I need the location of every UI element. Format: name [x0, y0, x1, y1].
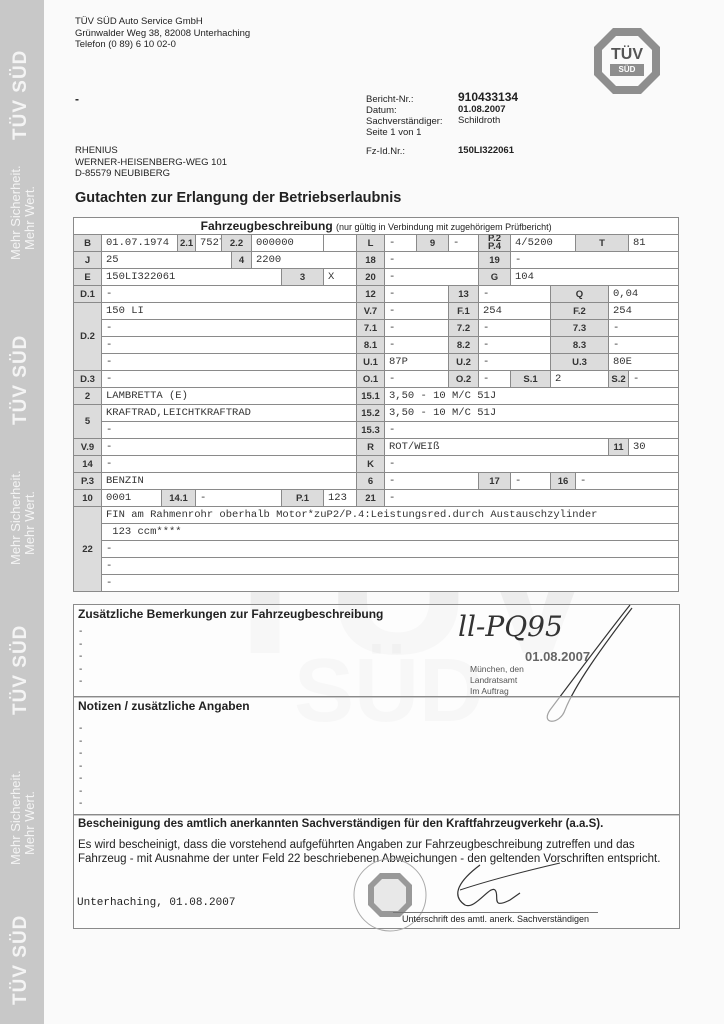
table-header-row: Fahrzeugbeschreibung (nur gültig in Verb… [74, 218, 679, 235]
field-value-14-1: - [196, 490, 282, 507]
field-label: V.7 [357, 303, 385, 320]
table-title: Fahrzeugbeschreibung [201, 219, 333, 233]
field-value-d2-4: - [102, 354, 357, 371]
field-label: 15.1 [357, 388, 385, 405]
field-label: F.2 [551, 303, 609, 320]
table-row: 5 KRAFTRAD,LEICHTKRAFTRAD 15.2 3,50 - 10… [74, 405, 679, 422]
field-value-12: - [385, 286, 449, 303]
field-label: 3 [282, 269, 324, 286]
field-label: 18 [357, 252, 385, 269]
field-value-5-2: - [102, 422, 357, 439]
table-row: J 25 4 2200 18 - 19 - [74, 252, 679, 269]
field-value-d1: - [102, 286, 357, 303]
signature-label: Unterschrift des amtl. anerk. Sachverstä… [393, 912, 598, 924]
field-label: P.3 [74, 473, 102, 490]
field-value-d2-1: 150 LI [102, 303, 357, 320]
recipient-address: RHENIUS WERNER-HEISENBERG-WEG 101 D-8557… [75, 145, 227, 180]
field-label: U.2 [449, 354, 479, 371]
sidebar-slogan: Mehr Sicherheit. [8, 470, 23, 565]
field-label: G [479, 269, 511, 286]
vehicle-description-table: Fahrzeugbeschreibung (nur gültig in Verb… [73, 217, 679, 592]
sidebar-slogan: Mehr Wert. [22, 491, 37, 555]
field-value-11: 30 [629, 439, 679, 456]
field-label: 8.3 [551, 337, 609, 354]
field-value-p2-p4: 4/5200 [511, 235, 576, 252]
field-label: 7.2 [449, 320, 479, 337]
table-note: (nur gültig in Verbindung mit zugehörige… [336, 222, 552, 232]
table-row: D.1 - 12 - 13 - Q 0,04 [74, 286, 679, 303]
field-value-22-line: - [102, 575, 679, 592]
field-label: 17 [479, 473, 511, 490]
field-label: U.3 [551, 354, 609, 371]
table-row: D.3 - O.1 - O.2 - S.1 2 S.2 - [74, 371, 679, 388]
field-label: D.2 [74, 303, 102, 371]
expert-name: Schildroth [458, 115, 518, 126]
field-value-r: ROT/WEIß [385, 439, 609, 456]
table-row: E 150LI322061 3 X 20 - G 104 [74, 269, 679, 286]
field-label: 7.1 [357, 320, 385, 337]
field-value-o2: - [479, 371, 511, 388]
issuer-street: Grünwalder Weg 38, 82008 Unterhaching [75, 28, 250, 40]
issuer-company: TÜV SÜD Auto Service GmbH [75, 16, 250, 28]
field-label: R [357, 439, 385, 456]
field-value-20: - [385, 269, 479, 286]
field-value-j: 25 [102, 252, 232, 269]
field-value-2-2: 000000 [252, 235, 324, 252]
field-value-g: 104 [511, 269, 679, 286]
field-label: J [74, 252, 102, 269]
field-value-v7: - [385, 303, 449, 320]
field-value-f2: 254 [609, 303, 679, 320]
field-value-3: X [324, 269, 357, 286]
field-value-d2-2: - [102, 320, 357, 337]
field-value-2: LAMBRETTA (E) [102, 388, 357, 405]
field-label: 20 [357, 269, 385, 286]
logo-text-sud: SÜD [592, 65, 662, 74]
note-line: - [74, 786, 679, 799]
field-value-t: 81 [629, 235, 679, 252]
field-label: 8.1 [357, 337, 385, 354]
table-row: - [74, 558, 679, 575]
notes-title: Notizen / zusätzliche Angaben [74, 697, 679, 715]
field-label: 2.2 [222, 235, 252, 252]
field-value-f1: 254 [479, 303, 551, 320]
field-label: 21 [357, 490, 385, 507]
field-value-8-3: - [609, 337, 679, 354]
field-value-8-1: - [385, 337, 449, 354]
note-line: - [74, 748, 679, 761]
field-value-9: - [449, 235, 479, 252]
sidebar-slogan: Mehr Sicherheit. [8, 770, 23, 865]
table-row: B 01.07.1974 2.1 7527 2.2 000000 L - 9 -… [74, 235, 679, 252]
stamp-line: Landratsamt [470, 675, 524, 686]
page-indicator: Seite 1 von 1 [366, 127, 443, 138]
field-value-7-1: - [385, 320, 449, 337]
field-value-22-line: - [102, 541, 679, 558]
header-dash: - [75, 92, 79, 106]
field-label: L [357, 235, 385, 252]
field-value-u3: 80E [609, 354, 679, 371]
note-line: - [74, 736, 679, 749]
field-value-21: - [385, 490, 679, 507]
note-line: - [74, 723, 679, 736]
table-row: 2 LAMBRETTA (E) 15.1 3,50 - 10 M/C 51J [74, 388, 679, 405]
report-meta: Bericht-Nr.: Datum: Sachverständiger: Se… [366, 94, 443, 157]
field-value-s1: 2 [551, 371, 609, 388]
sidebar-slogan: Mehr Wert. [22, 791, 37, 855]
field-label: 7.3 [551, 320, 609, 337]
field-value-22-line: 123 ccm**** [102, 524, 679, 541]
field-value-5-1: KRAFTRAD,LEICHTKRAFTRAD [102, 405, 357, 422]
field-value-s2: - [629, 371, 679, 388]
field-label: 22 [74, 507, 102, 592]
field-value-6: - [385, 473, 479, 490]
brand-sidebar: TÜV SÜD Mehr Sicherheit. Mehr Wert. TÜV … [0, 0, 44, 1024]
issuer-phone: Telefon (0 89) 6 10 02-0 [75, 39, 250, 51]
field-label: S.1 [511, 371, 551, 388]
field-value-7-2: - [479, 320, 551, 337]
field-value-19: - [511, 252, 679, 269]
place-date: Unterhaching, 01.08.2007 [77, 897, 235, 909]
field-label: U.1 [357, 354, 385, 371]
expert-signature-icon [440, 855, 570, 915]
field-label: D.3 [74, 371, 102, 388]
sidebar-brand: TÜV SÜD [10, 915, 31, 1005]
field-value-d2-3: - [102, 337, 357, 354]
field-label: 12 [357, 286, 385, 303]
table-row: - [74, 541, 679, 558]
field-label: 19 [479, 252, 511, 269]
field-label: 6 [357, 473, 385, 490]
field-label: P.1 [282, 490, 324, 507]
field-value-22-line: - [102, 558, 679, 575]
field-label: S.2 [609, 371, 629, 388]
field-label: K [357, 456, 385, 473]
field-value-u2: - [479, 354, 551, 371]
field-value-4: 2200 [252, 252, 357, 269]
field-label: 2.1 [178, 235, 196, 252]
field-label: B [74, 235, 102, 252]
report-no-label: Bericht-Nr.: [366, 94, 443, 105]
date-label: Datum: [366, 105, 443, 116]
field-label: F.1 [449, 303, 479, 320]
field-label: 14 [74, 456, 102, 473]
field-value-13: - [479, 286, 551, 303]
field-value-d3: - [102, 371, 357, 388]
logo-text-tuv: TÜV [592, 46, 662, 64]
field-label: P.4 [488, 241, 501, 252]
field-value-10: 0001 [102, 490, 162, 507]
tuv-logo: TÜV SÜD [592, 26, 662, 96]
field-label: O.1 [357, 371, 385, 388]
field-value-15-2: 3,50 - 10 M/C 51J [385, 405, 679, 422]
field-label: 15.3 [357, 422, 385, 439]
field-value-o1: - [385, 371, 449, 388]
table-row: - 15.3 - [74, 422, 679, 439]
report-no: 910433134 [458, 91, 518, 104]
table-row: 22 FIN am Rahmenrohr oberhalb Motor*zuP2… [74, 507, 679, 524]
certification-title: Bescheinigung des amtlich anerkannten Sa… [74, 815, 679, 832]
field-label: T [576, 235, 629, 252]
field-label: 13 [449, 286, 479, 303]
field-label: 15.2 [357, 405, 385, 422]
field-value-15-1: 3,50 - 10 M/C 51J [385, 388, 679, 405]
sidebar-slogan: Mehr Wert. [22, 186, 37, 250]
field-value-q: 0,04 [609, 286, 679, 303]
sidebar-brand: TÜV SÜD [10, 50, 31, 140]
field-value-14: - [102, 456, 357, 473]
field-label: 5 [74, 405, 102, 439]
field-value-e: 150LI322061 [102, 269, 282, 286]
field-value-v9: - [102, 439, 357, 456]
field-value-l: - [385, 235, 417, 252]
field-value-7-3: - [609, 320, 679, 337]
note-line: - [74, 798, 679, 811]
sidebar-brand: TÜV SÜD [10, 625, 31, 715]
field-label: 4 [232, 252, 252, 269]
field-value-u1: 87P [385, 354, 449, 371]
table-row: - U.1 87P U.2 - U.3 80E [74, 354, 679, 371]
field-value-2-1: 7527 [196, 235, 222, 252]
field-value-18: - [385, 252, 479, 269]
field-label: 2 [74, 388, 102, 405]
field-value-k: - [385, 456, 679, 473]
issuer-address: TÜV SÜD Auto Service GmbH Grünwalder Weg… [75, 16, 250, 51]
empty-cell [324, 235, 357, 252]
sidebar-slogan: Mehr Sicherheit. [8, 165, 23, 260]
document-title: Gutachten zur Erlangung der Betriebserla… [75, 190, 401, 206]
table-row: 123 ccm**** [74, 524, 679, 541]
table-row: D.2 150 LI V.7 - F.1 254 F.2 254 [74, 303, 679, 320]
report-date: 01.08.2007 [458, 104, 518, 115]
recipient-name: RHENIUS [75, 145, 227, 157]
field-label: O.2 [449, 371, 479, 388]
note-line: - [74, 773, 679, 786]
vin-label: Fz-Id.Nr.: [366, 146, 443, 157]
table-row: V.9 - R ROT/WEIß 11 30 [74, 439, 679, 456]
field-label: D.1 [74, 286, 102, 303]
field-value-p1: 123 [324, 490, 357, 507]
field-label: 8.2 [449, 337, 479, 354]
recipient-street: WERNER-HEISENBERG-WEG 101 [75, 157, 227, 169]
field-value-b: 01.07.1974 [102, 235, 178, 252]
field-label: V.9 [74, 439, 102, 456]
field-label: 14.1 [162, 490, 196, 507]
field-value-p3: BENZIN [102, 473, 357, 490]
field-label: E [74, 269, 102, 286]
field-label: 10 [74, 490, 102, 507]
table-row: - 8.1 - 8.2 - 8.3 - [74, 337, 679, 354]
field-value-16: - [576, 473, 679, 490]
vin-value: 150LI322061 [458, 145, 518, 156]
note-line: - [74, 761, 679, 774]
table-row: - [74, 575, 679, 592]
table-row: 10 0001 14.1 - P.1 123 21 - [74, 490, 679, 507]
field-value-17: - [511, 473, 551, 490]
field-value-8-2: - [479, 337, 551, 354]
table-row: P.3 BENZIN 6 - 17 - 16 - [74, 473, 679, 490]
table-row: - 7.1 - 7.2 - 7.3 - [74, 320, 679, 337]
field-label: 16 [551, 473, 576, 490]
recipient-city: D-85579 NEUBIBERG [75, 168, 227, 180]
authority-stamp: München, den Landratsamt Im Auftrag [470, 664, 524, 697]
field-label: Q [551, 286, 609, 303]
notes-section: Notizen / zusätzliche Angaben - - - - - … [73, 696, 680, 816]
sidebar-brand: TÜV SÜD [10, 335, 31, 425]
field-value-15-3: - [385, 422, 679, 439]
sidebar-slogans: TÜV SÜD Mehr Sicherheit. Mehr Wert. TÜV … [0, 0, 44, 1024]
report-meta-values: 910433134 01.08.2007 Schildroth 150LI322… [458, 91, 518, 156]
field-label: 9 [417, 235, 449, 252]
table-row: 14 - K - [74, 456, 679, 473]
field-value-22-line: FIN am Rahmenrohr oberhalb Motor*zuP2/P.… [102, 507, 679, 524]
field-label: 11 [609, 439, 629, 456]
stamp-line: München, den [470, 664, 524, 675]
expert-label: Sachverständiger: [366, 116, 443, 127]
